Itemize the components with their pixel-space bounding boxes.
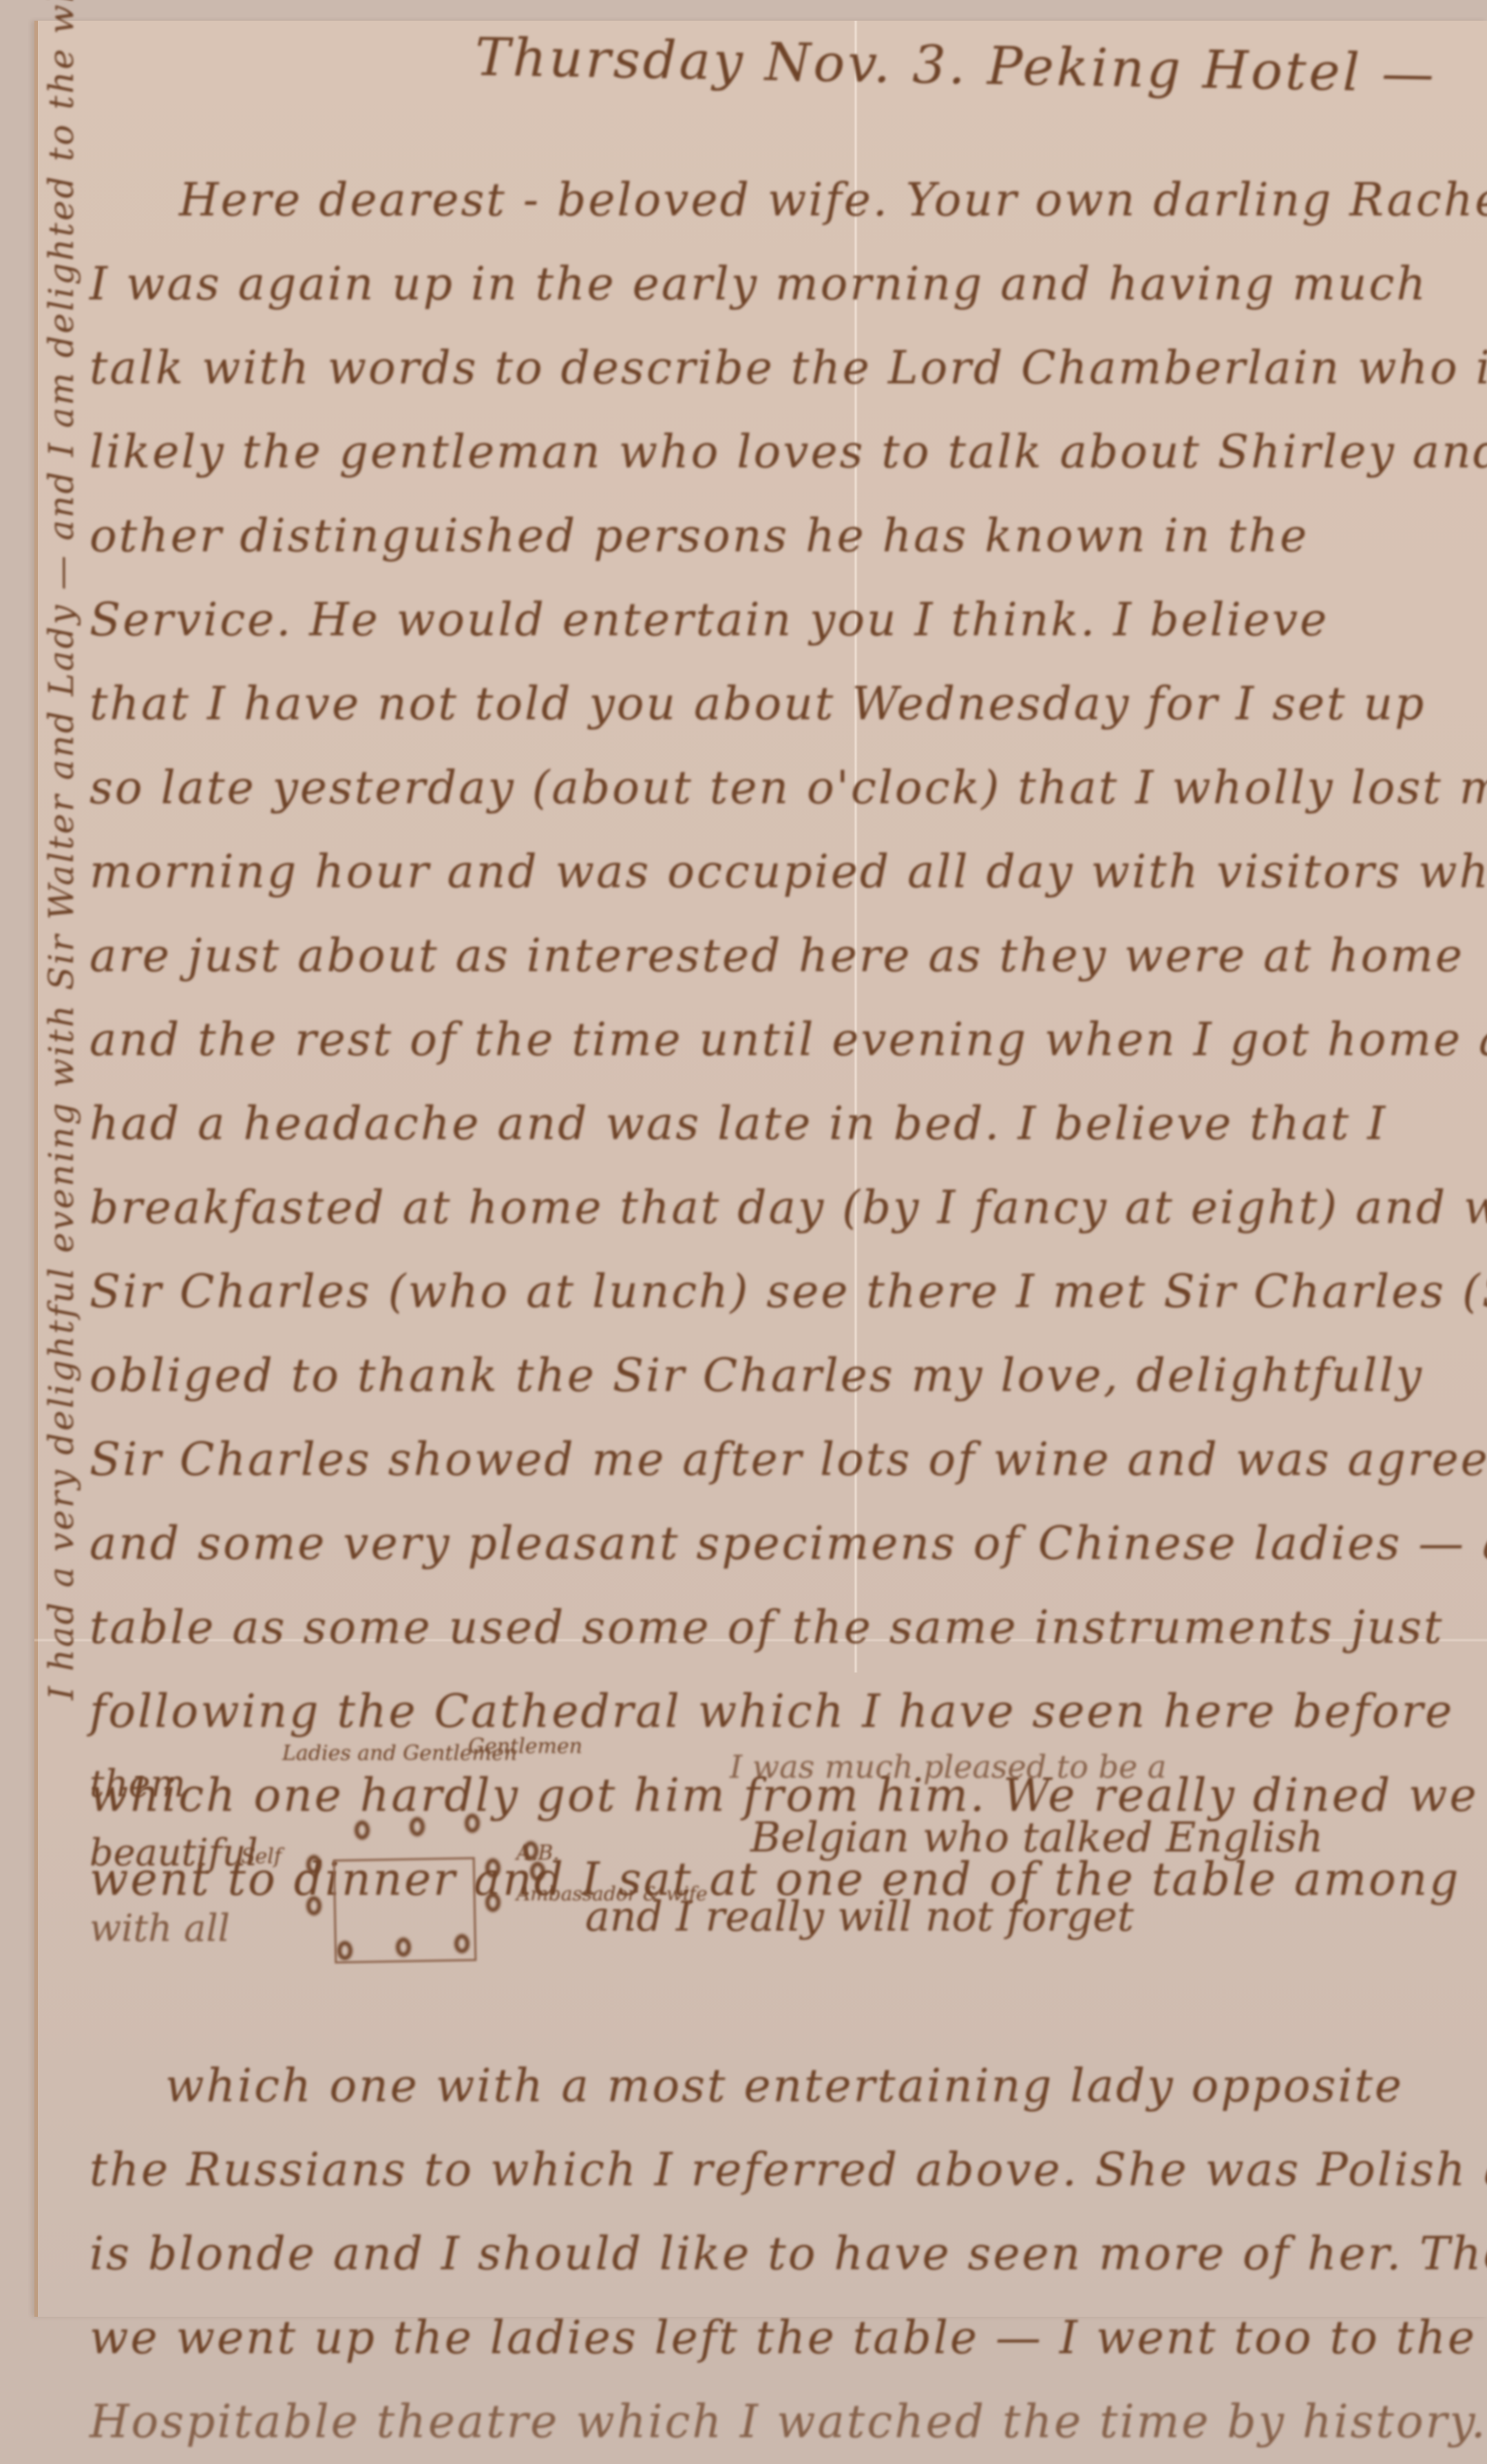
body-line: and some very pleasant specimens of Chin… [89, 1502, 1466, 1586]
body-line: obliged to thank the Sir Charles my love… [89, 1334, 1466, 1418]
letter-body: Here dearest - beloved wife. Your own da… [89, 158, 1466, 1922]
body-line: Service. He would entertain you I think.… [89, 578, 1466, 662]
body-line: is blonde and I should like to have seen… [89, 2212, 1466, 2296]
body-line: the Russians to which I referred above. … [89, 2128, 1466, 2212]
body-line: breakfasted at home that day (by I fancy… [89, 1166, 1466, 1250]
seat-marker [465, 1814, 480, 1833]
seat-marker [355, 1820, 370, 1840]
body-line: and the rest of the time until evening w… [89, 998, 1466, 1082]
margin-rule [34, 21, 38, 2317]
body-line: talk with words to describe the Lord Cha… [89, 326, 1466, 410]
body-line: Here dearest - beloved wife. Your own da… [89, 158, 1466, 242]
body-line: morning hour and was occupied all day wi… [89, 830, 1466, 914]
seat-marker [396, 1937, 411, 1957]
diagram-left-text: them [89, 1762, 186, 1805]
diagram-right-text: I was much pleased to be a [730, 1748, 1166, 1785]
seat-marker [530, 1862, 545, 1881]
seat-marker [485, 1858, 500, 1878]
body-line: table as some used some of the same inst… [89, 1586, 1466, 1670]
body-line: likely the gentleman who loves to talk a… [89, 410, 1466, 494]
body-line: had a headache and was late in bed. I be… [89, 1082, 1466, 1166]
seat-marker [523, 1841, 538, 1860]
body-line: I was again up in the early morning and … [89, 242, 1466, 326]
seat-marker [454, 1934, 470, 1953]
diagram-right-text: Belgian who talked English [750, 1814, 1323, 1862]
body-line: which one with a most entertaining lady … [89, 2044, 1466, 2128]
diagram-left-text: with all [89, 1907, 230, 1950]
seating-top-right-label: Gentlemen [468, 1734, 582, 1759]
seat-marker [337, 1941, 352, 1960]
seat-marker [410, 1817, 425, 1836]
body-line: other distinguished persons he has known… [89, 494, 1466, 578]
body-line: Sir Charles (who at lunch) see there I m… [89, 1250, 1466, 1334]
seating-plan-diagram: Ladies and Gentlemen Gentlemen Self A.B.… [241, 1728, 626, 2044]
body-line: we went up the ladies left the table — I… [89, 2296, 1466, 2317]
margin-note-vertical: I had a very delightful evening with Sir… [41, 48, 81, 1700]
body-line: so late yesterday (about ten o'clock) th… [89, 746, 1466, 830]
seat-marker [306, 1855, 321, 1874]
seating-left-label: Self [241, 1845, 282, 1869]
diagram-left-text: beautiful [89, 1831, 258, 1874]
body-line: Sir Charles showed me after lots of wine… [89, 1418, 1466, 1502]
body-line: that I have not told you about Wednesday… [89, 662, 1466, 746]
seat-marker [485, 1893, 500, 1912]
seating-right-label: Ambassador & wife [516, 1882, 708, 1905]
seat-marker [306, 1896, 321, 1915]
letter-body-lower: which one with a most entertaining lady … [89, 2044, 1466, 2317]
body-line: are just about as interested here as the… [89, 914, 1466, 998]
letter-page: Thursday Nov. 3. Peking Hotel — Here dea… [34, 21, 1487, 2317]
letter-heading: Thursday Nov. 3. Peking Hotel — [474, 26, 1437, 104]
